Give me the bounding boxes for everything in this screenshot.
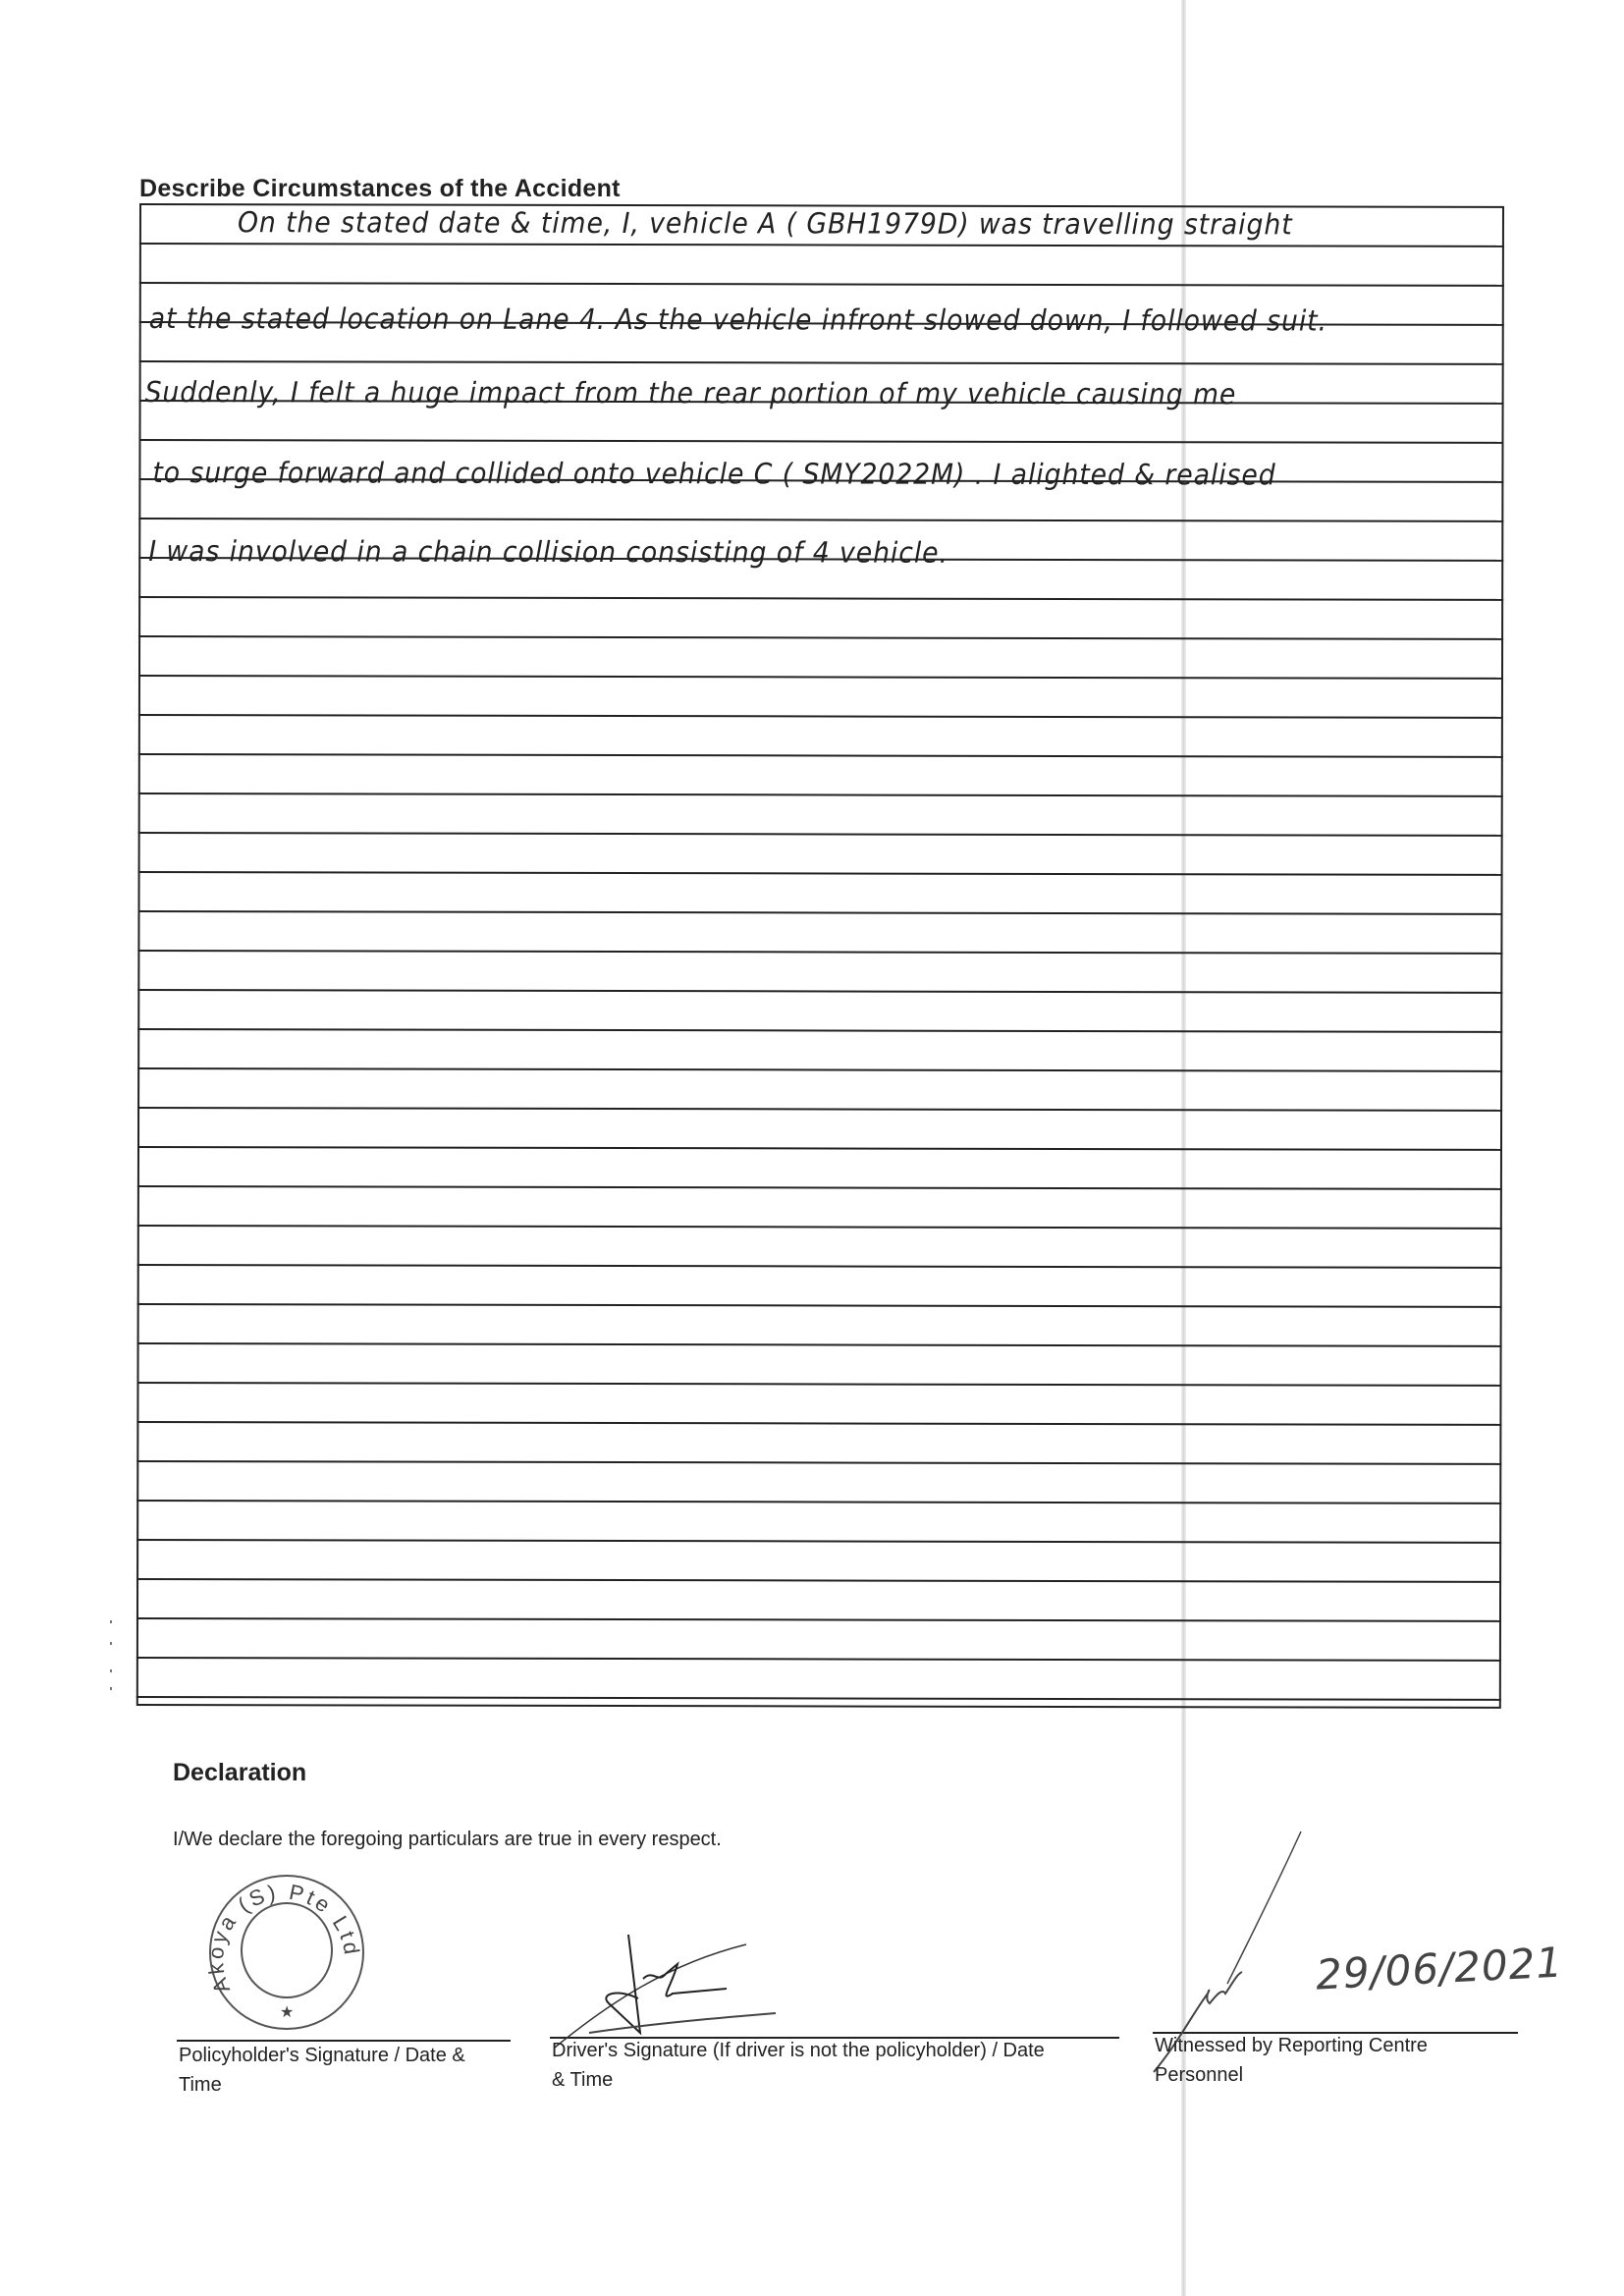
declaration-statement: I/We declare the foregoing particulars a…: [173, 1829, 722, 1851]
handwritten-line: I was involved in a chain collision cons…: [148, 534, 948, 570]
handwritten-line: to surge forward and collided onto vehic…: [152, 456, 1275, 491]
star-icon: ★: [280, 2004, 294, 2021]
witness-signature-caption: Witnessed by Reporting Centre Personnel: [1155, 2031, 1428, 2090]
table-border: [136, 203, 1504, 1709]
policyholder-signature-caption: Policyholder's Signature / Date & Time: [179, 2041, 465, 2100]
handwritten-line: Suddenly, I felt a huge impact from the …: [145, 375, 1237, 410]
circumstances-table: On the stated date & time, I, vehicle A …: [136, 203, 1504, 1709]
company-stamp: Akoya (S) Pte Ltd ★: [206, 1874, 368, 2033]
driver-signature-caption: Driver's Signature (If driver is not the…: [552, 2036, 1045, 2095]
section-title: Describe Circumstances of the Accident: [139, 175, 621, 203]
handwritten-line: at the stated location on Lane 4. As the…: [149, 301, 1327, 338]
declaration-title: Declaration: [173, 1759, 306, 1787]
driver-signature: [550, 1925, 805, 2052]
handwritten-line: On the stated date & time, I, vehicle A …: [238, 205, 1293, 241]
